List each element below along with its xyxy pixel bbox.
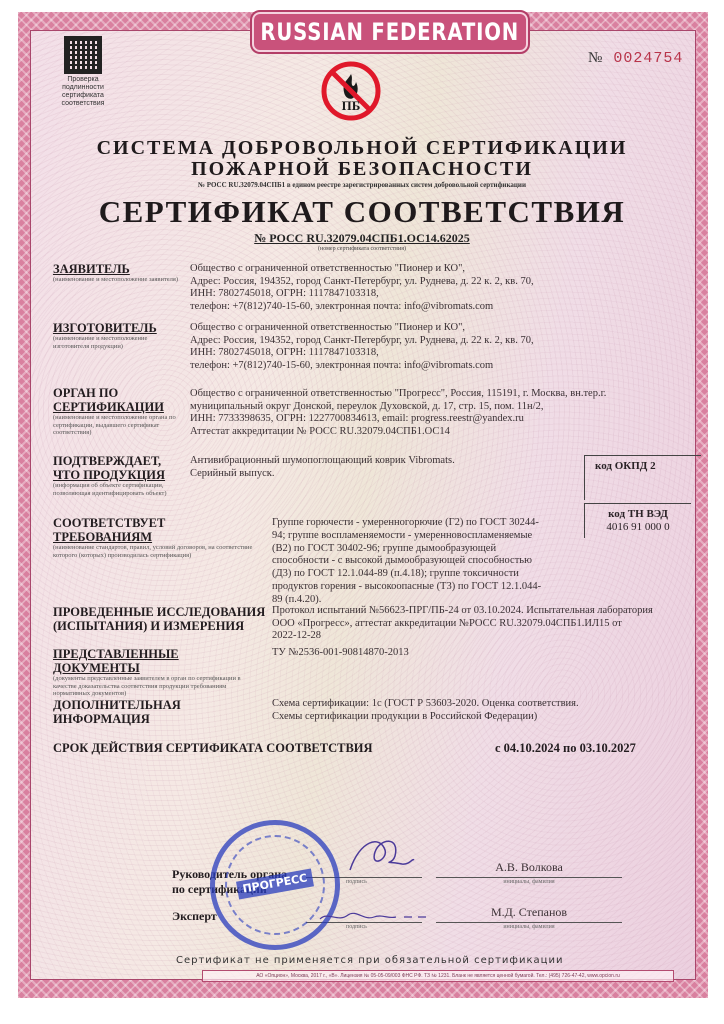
qr-caption-line: подлинности <box>48 84 118 92</box>
manufacturer-line: Адрес: Россия, 194352, город Санкт-Петер… <box>190 335 534 348</box>
applicant-label-block: ЗАЯВИТЕЛЬ (наименование и местоположение… <box>53 262 183 284</box>
requirements-label-block: СООТВЕТСТВУЕТ ТРЕБОВАНИЯМ (наименование … <box>53 516 263 559</box>
manufacturer-details: Общество с ограниченной ответственностью… <box>190 322 534 372</box>
head-name: А.В. Волкова <box>436 861 622 874</box>
documents-sublabel: (документы представленные заявителем в о… <box>53 675 253 698</box>
additional-label-block: ДОПОЛНИТЕЛЬНАЯ ИНФОРМАЦИЯ <box>53 698 181 726</box>
manufacturer-line: ИНН: 7802745018, ОГРН: 1117847103318, <box>190 347 534 360</box>
documents-value: ТУ №2536-001-90814870-2013 <box>272 647 409 660</box>
applicant-line: телефон: +7(812)740-15-60, электронная п… <box>190 301 534 314</box>
additional-line: Схемы сертификации продукции в Российско… <box>272 711 579 724</box>
applicant-line: Адрес: Россия, 194352, город Санкт-Петер… <box>190 276 534 289</box>
tnved-code-box: код ТН ВЭД 4016 91 000 0 <box>584 503 691 538</box>
tests-label-line2: (ИСПЫТАНИЯ) И ИЗМЕРЕНИЯ <box>53 619 265 633</box>
product-label-line2: ЧТО ПРОДУКЦИЯ <box>53 468 165 482</box>
applicant-label: ЗАЯВИТЕЛЬ <box>53 262 130 276</box>
tests-label-line1: ПРОВЕДЕННЫЕ ИССЛЕДОВАНИЯ <box>53 605 265 619</box>
qr-block: Проверка подлинности сертификата соответ… <box>48 36 118 108</box>
cert-body-line: Аттестат аккредитации № РОСС RU.32079.04… <box>190 426 606 439</box>
additional-details: Схема сертификации: 1с (ГОСТ Р 53603-202… <box>272 698 579 723</box>
footer-note: Сертификат не применяется при обязательн… <box>176 955 563 966</box>
applicant-line: Общество с ограниченной ответственностью… <box>190 263 534 276</box>
tests-line: ООО «Прогресс», аттестат аккредитации №Р… <box>272 618 653 631</box>
validity-label: СРОК ДЕЙСТВИЯ СЕРТИФИКАТА СООТВЕТСТВИЯ <box>53 741 373 755</box>
applicant-line: ИНН: 7802745018, ОГРН: 1117847103318, <box>190 288 534 301</box>
qr-code-icon[interactable] <box>64 36 102 74</box>
logo-text: ПБ <box>320 98 382 114</box>
applicant-sublabel: (наименование и местоположение заявителя… <box>53 276 183 284</box>
requirements-line: продуктов горения - высокоопасные (Т3) п… <box>272 581 541 594</box>
serial-prefix: № <box>588 50 603 66</box>
registry-note: № РОСС RU.32079.04СПБ1 в едином реестре … <box>0 181 724 189</box>
head-signature-icon <box>340 830 420 876</box>
cert-body-details: Общество с ограниченной ответственностью… <box>190 388 606 438</box>
manufacturer-label-block: ИЗГОТОВИТЕЛЬ (наименование и местоположе… <box>53 321 183 350</box>
applicant-details: Общество с ограниченной ответственностью… <box>190 263 534 313</box>
no-fire-icon: ПБ <box>320 60 382 122</box>
tnved-value: 4016 91 000 0 <box>585 521 691 534</box>
country-banner: RUSSIAN FEDERATION <box>252 12 528 52</box>
head-name-caption: инициалы, фамилия <box>436 879 622 885</box>
cert-body-line: муниципальный округ Донской, переулок Ду… <box>190 401 606 414</box>
okpd-label: код ОКПД 2 <box>595 460 656 472</box>
requirements-label-line1: СООТВЕТСТВУЕТ <box>53 516 263 530</box>
qr-caption: Проверка подлинности сертификата соответ… <box>48 76 118 108</box>
product-label-line1: ПОДТВЕРЖДАЕТ, <box>53 454 178 468</box>
product-details: Антивибрационный шумопоглощающий коврик … <box>190 455 455 480</box>
manufacturer-label: ИЗГОТОВИТЕЛЬ <box>53 321 157 335</box>
manufacturer-sublabel: (наименование и местоположение изготовит… <box>53 335 183 350</box>
manufacturer-line: Общество с ограниченной ответственностью… <box>190 322 534 335</box>
serial-number: № 0024754 <box>588 50 683 67</box>
tests-label-block: ПРОВЕДЕННЫЕ ИССЛЕДОВАНИЯ (ИСПЫТАНИЯ) И И… <box>53 605 265 633</box>
product-sublabel: (информация об объекте сертификации, поз… <box>53 482 178 497</box>
product-line: Серийный выпуск. <box>190 468 455 481</box>
tests-details: Протокол испытаний №56623-ПРГ/ПБ-24 от 0… <box>272 605 653 643</box>
expert-label: Эксперт <box>172 909 217 923</box>
certificate-number: № РОСС RU.32079.04СПБ1.ОС14.62025 <box>0 231 724 246</box>
documents-label: ПРЕДСТАВЛЕННЫЕ ДОКУМЕНТЫ <box>53 647 179 675</box>
expert-name: М.Д. Степанов <box>436 906 622 919</box>
validity-value: с 04.10.2024 по 03.10.2027 <box>495 741 636 755</box>
requirements-label-line2: ТРЕБОВАНИЯМ <box>53 530 152 544</box>
requirements-line: 94; группе воспламеняемости - умеренново… <box>272 530 541 543</box>
certificate-title: СЕРТИФИКАТ СООТВЕТСТВИЯ <box>0 194 724 230</box>
system-title-line1: СИСТЕМА ДОБРОВОЛЬНОЙ СЕРТИФИКАЦИИ <box>0 137 724 159</box>
additional-label-line1: ДОПОЛНИТЕЛЬНАЯ <box>53 698 181 712</box>
requirements-line: Группе горючести - умеренногорючие (Г2) … <box>272 517 541 530</box>
qr-caption-line: сертификата <box>48 92 118 100</box>
cert-body-line: Общество с ограниченной ответственностью… <box>190 388 606 401</box>
requirements-line: (Д3) по ГОСТ 12.1.044-89 (п.4.18); групп… <box>272 568 541 581</box>
expert-signature-icon <box>318 905 428 925</box>
cert-body-label-line2: СЕРТИФИКАЦИИ <box>53 400 164 414</box>
serial-value: 0024754 <box>613 50 683 67</box>
additional-line: Схема сертификации: 1с (ГОСТ Р 53603-202… <box>272 698 579 711</box>
head-name-line <box>436 877 622 878</box>
cert-body-label-line1: ОРГАН ПО <box>53 386 183 400</box>
tests-line: 2022-12-28 <box>272 630 653 643</box>
cert-body-sublabel: (наименование и местоположение органа по… <box>53 414 183 437</box>
qr-caption-line: Проверка <box>48 76 118 84</box>
tests-line: Протокол испытаний №56623-ПРГ/ПБ-24 от 0… <box>272 605 653 618</box>
expert-name-line <box>436 922 622 923</box>
manufacturer-line: телефон: +7(812)740-15-60, электронная п… <box>190 360 534 373</box>
product-line: Антивибрационный шумопоглощающий коврик … <box>190 455 455 468</box>
expert-name-caption: инициалы, фамилия <box>436 924 622 930</box>
requirements-line: (В2) по ГОСТ 30402-96; группе дымообразу… <box>272 543 541 556</box>
system-title-line2: ПОЖАРНОЙ БЕЗОПАСНОСТИ <box>0 158 724 180</box>
requirements-line: способности - с высокой дымообразующей с… <box>272 555 541 568</box>
cert-body-label-block: ОРГАН ПО СЕРТИФИКАЦИИ (наименование и ме… <box>53 386 183 437</box>
organization-stamp: ПРОГРЕСС <box>210 820 340 950</box>
country-banner-text: RUSSIAN FEDERATION <box>261 18 520 46</box>
tnved-label: код ТН ВЭД <box>608 508 668 520</box>
requirements-sublabel: (наименование стандартов, правил, услови… <box>53 544 263 559</box>
head-signature-caption: подпись <box>346 879 367 885</box>
requirements-details: Группе горючести - умеренногорючие (Г2) … <box>272 517 541 607</box>
documents-label-block: ПРЕДСТАВЛЕННЫЕ ДОКУМЕНТЫ (документы пред… <box>53 647 253 698</box>
certificate-number-caption: (номер сертификата соответствия) <box>0 246 724 252</box>
cert-body-line: ИНН: 7733398635, ОГРН: 1227700834613, em… <box>190 413 606 426</box>
printer-line: АО «Опцион», Москва, 2017 г., «В». Лицен… <box>202 970 674 982</box>
qr-caption-line: соответствия <box>48 100 118 108</box>
stamp-text: ПРОГРЕСС <box>236 869 314 900</box>
product-label-block: ПОДТВЕРЖДАЕТ, ЧТО ПРОДУКЦИЯ (информация … <box>53 454 178 497</box>
okpd-code-box: код ОКПД 2 <box>584 455 701 500</box>
additional-label-line2: ИНФОРМАЦИЯ <box>53 712 181 726</box>
